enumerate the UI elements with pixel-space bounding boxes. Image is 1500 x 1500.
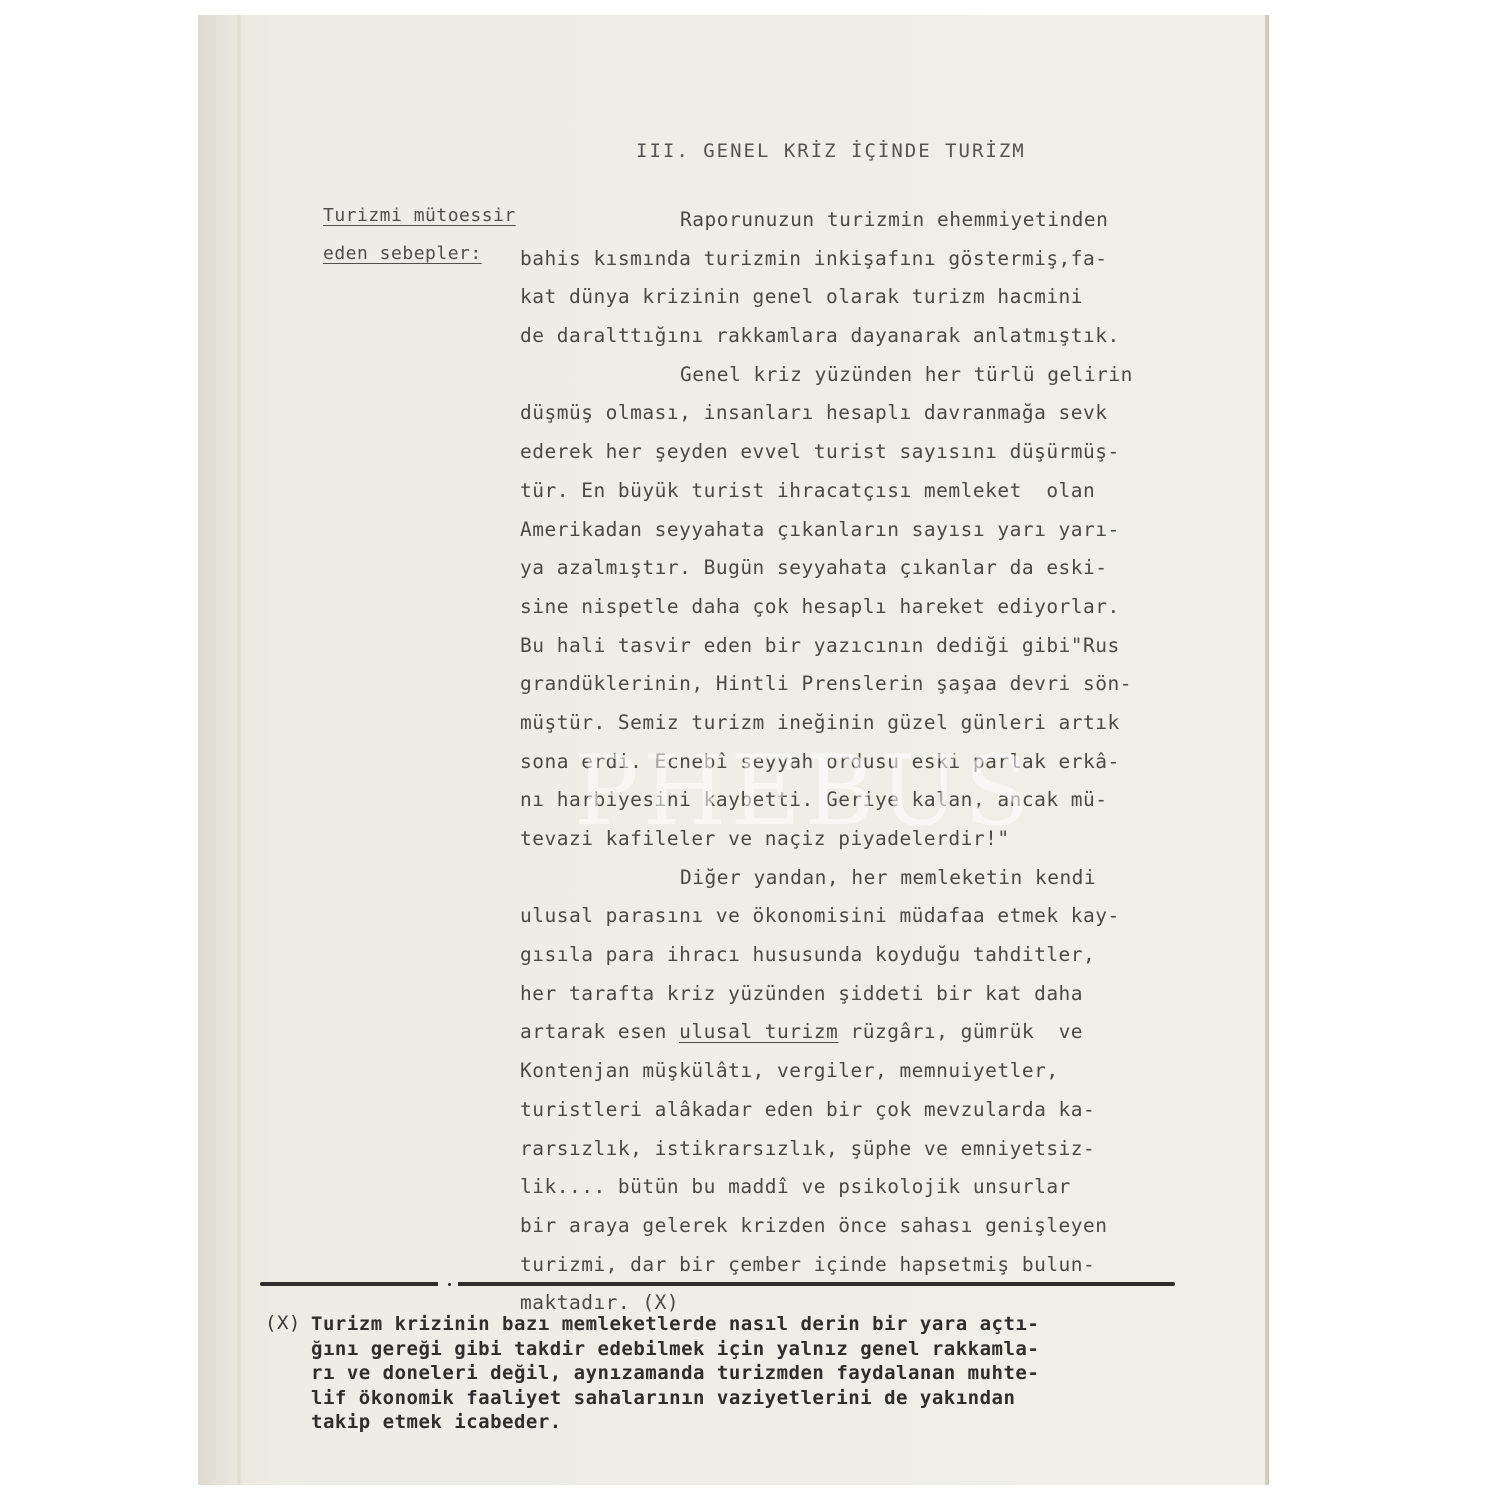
paragraph-line: tür. En büyük turist ihracatçısı memleke…: [520, 472, 1210, 511]
page-edge: [1265, 15, 1268, 1485]
paragraph-line: turistleri alâkadar eden bir çok mevzula…: [520, 1091, 1210, 1130]
paragraph-line: gısıla para ihracı hususunda koyduğu tah…: [520, 936, 1210, 975]
paragraph-line: müştür. Semiz turizm ineğinin güzel günl…: [520, 704, 1210, 743]
paragraph-line: turizmi, dar bir çember içinde hapsetmiş…: [520, 1246, 1210, 1285]
paragraph-line: sona erdi. Ecnebî seyyah ordusu eski par…: [520, 743, 1210, 782]
footnote-divider: [260, 1282, 1175, 1286]
paragraph-line: ulusal parasını ve ökonomisini müdafaa e…: [520, 897, 1210, 936]
paragraph-line: sine nispetle daha çok hesaplı hareket e…: [520, 588, 1210, 627]
paragraph-line: rarsızlık, istikrarsızlık, şüphe ve emni…: [520, 1130, 1210, 1169]
margin-note-line-1: Turizmi mütoessir: [323, 197, 516, 235]
paragraph-line: Diğer yandan, her memleketin kendi: [520, 859, 1210, 898]
paragraph-line: düşmüş olması, insanları hesaplı davranm…: [520, 394, 1210, 433]
paragraph-line: Raporunuzun turizmin ehemmiyetinden: [520, 201, 1210, 240]
paragraph-line: Kontenjan müşkülâtı, vergiler, memnuiyet…: [520, 1052, 1210, 1091]
margin-note: Turizmi mütoessir eden sebepler:: [323, 197, 516, 273]
body-text: Raporunuzun turizmin ehemmiyetinden bahi…: [520, 201, 1210, 1323]
section-heading: III. GENEL KRİZ İÇİNDE TURİZM: [636, 140, 1026, 162]
margin-note-line-2: eden sebepler:: [323, 235, 516, 273]
footnote: Turizm krizinin bazı memleketlerde nasıl…: [311, 1312, 1191, 1435]
footnote-line: takip etmek icabeder.: [311, 1410, 1191, 1435]
footnote-divider-dot: [448, 1283, 451, 1286]
paragraph-line: kat dünya krizinin genel olarak turizm h…: [520, 278, 1210, 317]
line-head: artarak esen: [520, 1020, 679, 1043]
paragraph-line: Genel kriz yüzünden her türlü gelirin: [520, 356, 1210, 395]
page-fold-shadow: [236, 15, 242, 1485]
paragraph-line: ya azalmıştır. Bugün seyyahata çıkanlar …: [520, 549, 1210, 588]
paragraph-line: ederek her şeyden evvel turist sayısını …: [520, 433, 1210, 472]
paragraph-line: grandüklerinin, Hintli Prenslerin şaşaa …: [520, 665, 1210, 704]
paragraph-line: lik.... bütün bu maddî ve psikolojik uns…: [520, 1168, 1210, 1207]
paragraph-line: tevazi kafileler ve naçiz piyadelerdir!": [520, 820, 1210, 859]
line-tail: rüzgârı, gümrük ve: [838, 1020, 1083, 1043]
paragraph-line: nı harbiyesini kaybetti. Geriye kalan, a…: [520, 781, 1210, 820]
paragraph-line: Bu hali tasvir eden bir yazıcının dediği…: [520, 627, 1210, 666]
footnote-marker: (X): [265, 1312, 301, 1334]
paragraph-line: her tarafta kriz yüzünden şiddeti bir ka…: [520, 975, 1210, 1014]
document-page: III. GENEL KRİZ İÇİNDE TURİZM Turizmi mü…: [198, 15, 1268, 1485]
paragraph-line: artarak esen ulusal turizm rüzgârı, gümr…: [520, 1013, 1210, 1052]
paragraph-line: Amerikadan seyyahata çıkanların sayısı y…: [520, 511, 1210, 550]
footnote-line: rı ve doneleri değil, aynızamanda turizm…: [311, 1361, 1191, 1386]
footnote-line: lif ökonomik faaliyet sahalarının vaziye…: [311, 1386, 1191, 1411]
underlined-phrase: ulusal turizm: [679, 1020, 838, 1043]
paragraph-line: de daralttığını rakkamlara dayanarak anl…: [520, 317, 1210, 356]
paragraph-line: bahis kısmında turizmin inkişafını göste…: [520, 240, 1210, 279]
footnote-line: ğını gereği gibi takdir edebilmek için y…: [311, 1337, 1191, 1362]
footnote-line: Turizm krizinin bazı memleketlerde nasıl…: [311, 1312, 1191, 1337]
paragraph-line: bir araya gelerek krizden önce sahası ge…: [520, 1207, 1210, 1246]
